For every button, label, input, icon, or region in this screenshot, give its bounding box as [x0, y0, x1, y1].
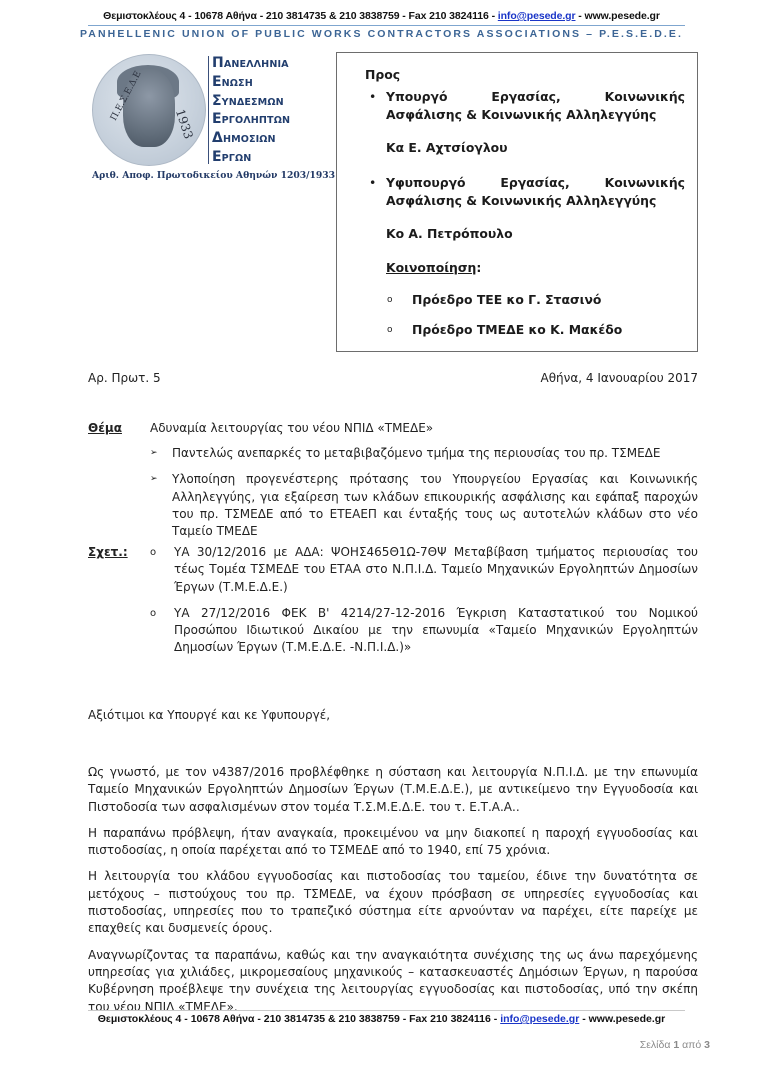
logo-coin-image: Π.Ε.Σ.Ε.Δ.Ε 1933 — [92, 54, 206, 166]
logo-word: ΕΡΓΟΛΗΠΤΩΝ — [212, 111, 290, 130]
references-list: o ΥΑ 30/12/2016 με ΑΔΑ: ΨΟΗΣ465Θ1Ω-7ΘΨ Μ… — [150, 544, 698, 666]
logo-word: ΕΝΩΣΗ — [212, 74, 290, 93]
arrow-bullet-icon: ➢ — [150, 445, 158, 462]
recipients-label: Προς — [365, 67, 685, 82]
circle-bullet-icon: o — [150, 544, 156, 561]
arrow-bullet-icon: ➢ — [150, 471, 158, 488]
body-paragraph: Η παραπάνω πρόβλεψη, ήταν αναγκαία, προκ… — [88, 825, 698, 860]
body-paragraph: Αναγνωρίζοντας τα παραπάνω, καθώς και τη… — [88, 947, 698, 1016]
subject-points: ➢ Παντελώς ανεπαρκές το μεταβιβαζόμενο τ… — [150, 445, 698, 549]
header-contact-line: Θεμιστοκλέους 4 - 10678 Αθήνα - 210 3814… — [0, 10, 763, 22]
references-label: Σχετ.: — [88, 545, 128, 559]
cc-label: Κοινοποίηση: — [365, 260, 685, 275]
footer-email-link[interactable]: info@pesede.gr — [500, 1013, 579, 1025]
cc-item: o Πρόεδρο ΤΜΕΔΕ κο Κ. Μακέδο — [365, 322, 685, 337]
page-number: Σελίδα 1 από 3 — [560, 1039, 710, 1051]
protocol-number: Αρ. Πρωτ. 5 — [88, 371, 161, 385]
letter-body: Ως γνωστό, με τον ν4387/2016 προβλέφθηκε… — [88, 764, 698, 1025]
footer-website: - www.pesede.gr — [579, 1013, 665, 1025]
coin-year: 1933 — [173, 107, 196, 140]
reference-item: o ΥΑ 30/12/2016 με ΑΔΑ: ΨΟΗΣ465Θ1Ω-7ΘΨ Μ… — [150, 544, 698, 596]
logo-word: ΔΗΜΟΣΙΩΝ — [212, 130, 290, 149]
circle-bullet-icon: o — [150, 605, 156, 622]
logo-wordmark: ΠΑΝΕΛΛΗΝΙΑ ΕΝΩΣΗ ΣΥΝΔΕΣΜΩΝ ΕΡΓΟΛΗΠΤΩΝ ΔΗ… — [212, 55, 290, 168]
bullet-icon: • — [369, 174, 376, 192]
logo-word: ΠΑΝΕΛΛΗΝΙΑ — [212, 55, 290, 74]
subject-point: ➢ Υλοποίηση προγενέστερης πρότασης του Υ… — [150, 471, 698, 540]
logo-word: ΣΥΝΔΕΣΜΩΝ — [212, 93, 290, 112]
header-address: Θεμιστοκλέους 4 - 10678 Αθήνα - 210 3814… — [103, 10, 498, 22]
reference-item: o ΥΑ 27/12/2016 ΦΕΚ Β' 4214/27-12-2016 Έ… — [150, 605, 698, 657]
subject-label: Θέμα — [88, 421, 122, 435]
header-email-link[interactable]: info@pesede.gr — [498, 10, 576, 22]
circle-bullet-icon: o — [387, 295, 393, 305]
footer-address: Θεμιστοκλέους 4 - 10678 Αθήνα - 210 3814… — [98, 1013, 500, 1025]
recipient-deputy-minister: • Υφυπουργό Εργασίας, Κοινωνικής Ασφάλισ… — [365, 174, 685, 209]
logo-divider — [208, 56, 209, 164]
circle-bullet-icon: o — [387, 325, 393, 335]
subject-point: ➢ Παντελώς ανεπαρκές το μεταβιβαζόμενο τ… — [150, 445, 698, 462]
footer-contact-line: Θεμιστοκλέους 4 - 10678 Αθήνα - 210 3814… — [0, 1013, 763, 1025]
recipient-minister-name: Κα Ε. Αχτσίογλου — [365, 140, 685, 155]
body-paragraph: Ως γνωστό, με τον ν4387/2016 προβλέφθηκε… — [88, 764, 698, 816]
cc-item: o Πρόεδρο ΤΕΕ κο Γ. Στασινό — [365, 292, 685, 307]
court-registration: Αριθ. Αποφ. Πρωτοδικείου Αθηνών 1203/193… — [92, 170, 335, 181]
recipient-minister: • Υπουργό Εργασίας, Κοινωνικής Ασφάλισης… — [365, 88, 685, 123]
letter-date: Αθήνα, 4 Ιανουαρίου 2017 — [440, 371, 698, 385]
recipient-deputy-name: Κο Α. Πετρόπουλο — [365, 226, 685, 241]
header-website: - www.pesede.gr — [575, 10, 659, 22]
subject-text: Αδυναμία λειτουργίας του νέου ΝΠΙΔ «ΤΜΕΔ… — [150, 421, 433, 435]
footer-divider — [88, 1010, 685, 1011]
header-union-name: PANHELLENIC UNION OF PUBLIC WORKS CONTRA… — [0, 28, 763, 40]
recipients-box: Προς • Υπουργό Εργασίας, Κοινωνικής Ασφά… — [336, 52, 698, 352]
bullet-icon: • — [369, 88, 376, 106]
header-divider — [88, 25, 685, 26]
letter-greeting: Αξιότιμοι κα Υπουργέ και κε Υφυπουργέ, — [88, 708, 330, 722]
body-paragraph: Η λειτουργία του κλάδου εγγυοδοσίας και … — [88, 868, 698, 937]
logo-word: ΕΡΓΩΝ — [212, 149, 290, 168]
